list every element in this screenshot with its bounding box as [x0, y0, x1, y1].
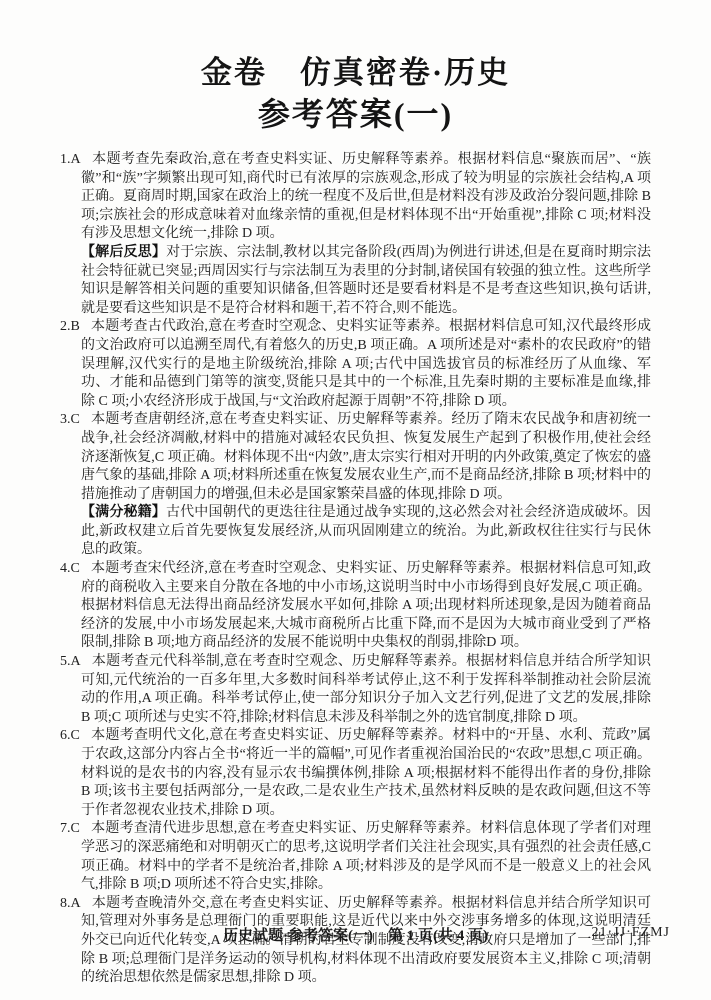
answer-list: 1.A本题考查先秦政治,意在考查史料实证、历史解释等素养。根据材料信息“聚族而居…	[60, 151, 651, 988]
paragraph-text: 本题考查明代文化,意在考查史料实证、历史解释等素养。材料中的“开垦、水利、荒政”…	[81, 728, 651, 817]
footer-page-info: 历史试题·参考答案(一) 第 1 页(共 4 页)	[223, 928, 488, 944]
answer-paragraph: 2.B本题考查古代政治,意在考查时空观念、史料实证等素养。根据材料信息可知,汉代…	[60, 318, 651, 411]
paragraph-text: 本题考查元代科举制,意在考查时空观念、历史解释等素养。根据材料信息并结合所学知识…	[81, 654, 651, 725]
answer-paragraph: 4.C本题考查宋代经济,意在考查时空观念、史料实证、历史解释等素养。根据材料信息…	[60, 560, 651, 653]
answer-paragraph: 5.A本题考查元代科举制,意在考查时空观念、历史解释等素养。根据材料信息并结合所…	[60, 653, 651, 727]
paragraph-text: 对于宗族、宗法制,教材以其完备阶段(西周)为例进行讲述,但是在夏商时期宗法社会特…	[81, 245, 651, 316]
note-paragraph: 【满分秘籍】古代中国朝代的更迭往往是通过战争实现的,这必然会对社会经济造成破坏。…	[81, 504, 651, 560]
answer-label: 6.C	[60, 728, 80, 743]
answer-paragraph: 3.C本题考查唐朝经济,意在考查史料实证、历史解释等素养。经历了隋末农民战争和唐…	[60, 411, 651, 504]
paragraph-text: 本题考查唐朝经济,意在考查史料实证、历史解释等素养。经历了隋末农民战争和唐初统一…	[81, 412, 651, 501]
doc-title: 金卷 仿真密卷·历史	[60, 54, 651, 92]
note-tag: 【满分秘籍】	[81, 505, 166, 520]
answer-label: 3.C	[60, 412, 80, 427]
paragraph-text: 本题考查先秦政治,意在考查史料实证、历史解释等素养。根据材料信息“聚族而居”、“…	[81, 152, 651, 241]
note-paragraph: 【解后反思】对于宗族、宗法制,教材以其完备阶段(西周)为例进行讲述,但是在夏商时…	[81, 244, 651, 318]
answer-label: 1.A	[60, 152, 81, 167]
page-footer: 历史试题·参考答案(一) 第 1 页(共 4 页) 21·JJ·FZMJ	[0, 924, 711, 945]
paragraph-text: 本题考查清代进步思想,意在考查史料实证、历史解释等素养。材料信息体现了学者们对理…	[81, 821, 651, 892]
answer-paragraph: 7.C本题考查清代进步思想,意在考查史料实证、历史解释等素养。材料信息体现了学者…	[60, 820, 651, 894]
answer-label: 5.A	[60, 654, 81, 669]
footer-exam-code: 21·JJ·FZMJ	[592, 925, 670, 941]
note-tag: 【解后反思】	[81, 245, 166, 260]
answer-label: 4.C	[60, 561, 80, 576]
document-page: 金卷 仿真密卷·历史 参考答案(一) 1.A本题考查先秦政治,意在考查史料实证、…	[0, 0, 711, 1000]
paragraph-text: 古代中国朝代的更迭往往是通过战争实现的,这必然会对社会经济造成破坏。因此,新政权…	[81, 505, 651, 557]
answer-label: 8.A	[60, 896, 81, 911]
answer-label: 7.C	[60, 821, 80, 836]
doc-subtitle: 参考答案(一)	[60, 94, 651, 134]
paragraph-text: 本题考查宋代经济,意在考查时空观念、史料实证、历史解释等素养。根据材料信息可知,…	[81, 561, 651, 650]
paragraph-text: 本题考查古代政治,意在考查时空观念、史料实证等素养。根据材料信息可知,汉代最终形…	[81, 319, 651, 408]
answer-paragraph: 1.A本题考查先秦政治,意在考查史料实证、历史解释等素养。根据材料信息“聚族而居…	[60, 151, 651, 244]
answer-paragraph: 6.C本题考查明代文化,意在考查史料实证、历史解释等素养。材料中的“开垦、水利、…	[60, 727, 651, 820]
answer-label: 2.B	[60, 319, 80, 334]
